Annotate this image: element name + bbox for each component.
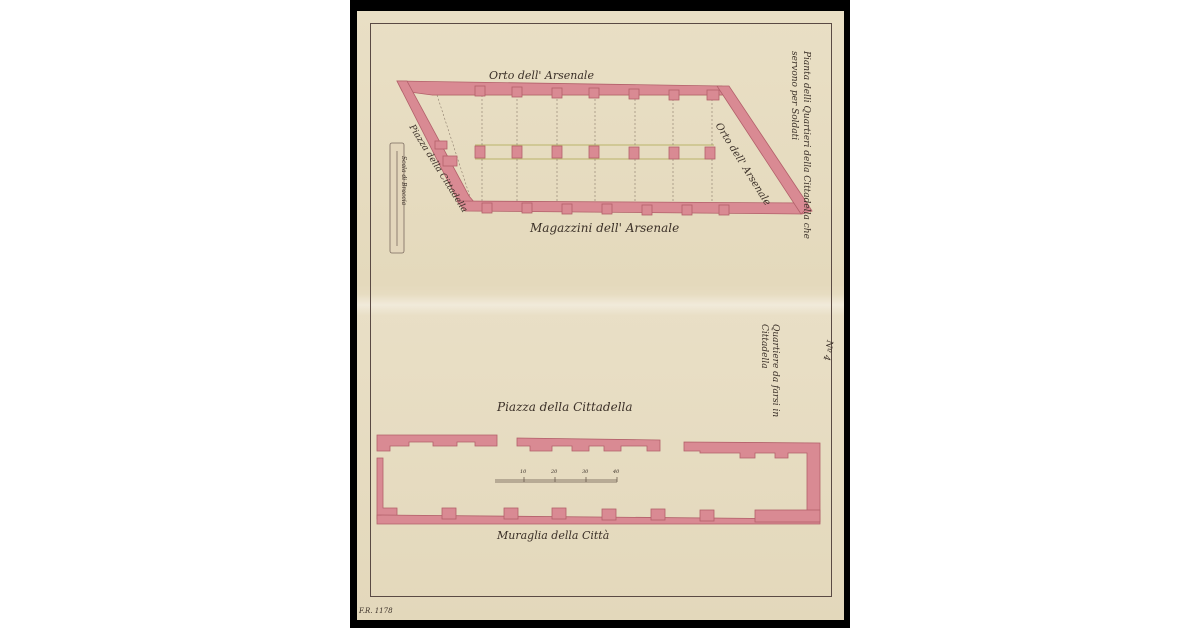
scale-tick-20: 20 — [551, 469, 557, 475]
manuscript-sheet: Orto dell' Arsenale Orto dell' Arsenale … — [357, 11, 844, 620]
title-bottom-plan: Quartiere da farsi in Cittadella — [758, 324, 780, 424]
bottom-plan — [377, 435, 820, 524]
scale-tick-10: 10 — [520, 469, 526, 475]
label-orto-arsenale-north: Orto dell' Arsenale — [489, 69, 594, 82]
scale-tick-40: 40 — [613, 469, 619, 475]
scale-tick-30: 30 — [582, 469, 588, 475]
label-piazza-cittadella: Piazza della Cittadella — [497, 400, 633, 414]
label-muraglia-citta: Muraglia della Città — [497, 529, 609, 542]
title-top-plan: Pianta delli Quartieri della Cittadella … — [788, 51, 812, 251]
label-magazzini-arsenale: Magazzini dell' Arsenale — [530, 221, 679, 235]
label-scale-note: Scala di Braccia — [400, 156, 407, 205]
catalog-mark: F.R. 1178 — [359, 607, 393, 615]
